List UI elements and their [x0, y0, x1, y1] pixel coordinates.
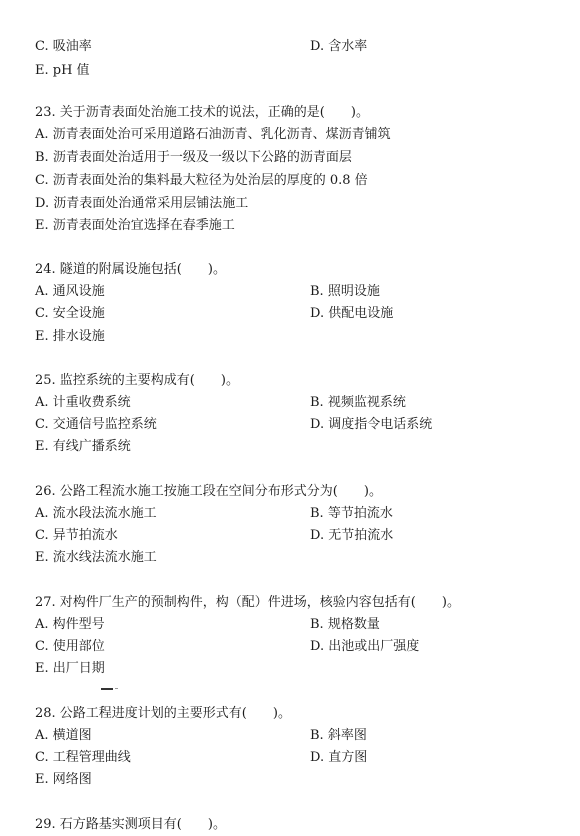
question-stem: 24. 隧道的附属设施包括( )。 — [35, 262, 226, 278]
answer-option: A. 沥青表面处治可采用道路石油沥青、乳化沥青、煤沥青铺筑 — [35, 127, 391, 143]
answer-option: C. 工程管理曲线 — [35, 750, 131, 766]
answer-option: C. 安全设施 — [35, 306, 105, 322]
answer-option: C. 使用部位 — [35, 639, 105, 655]
answer-option: C. 吸油率 — [35, 39, 92, 55]
question-stem: 27. 对构件厂生产的预制构件，构（配）件进场，核验内容包括有( )。 — [35, 595, 460, 611]
question-stem: 28. 公路工程进度计划的主要形式有( )。 — [35, 706, 291, 722]
answer-option: A. 流水段法流水施工 — [35, 506, 157, 522]
answer-option: C. 交通信号监控系统 — [35, 417, 157, 433]
question-stem: 29. 石方路基实测项目有( )。 — [35, 817, 226, 833]
answer-option: C. 沥青表面处治的集料最大粒径为处治层的厚度的 0.8 倍 — [35, 173, 368, 189]
stray-mark — [101, 688, 113, 690]
answer-option: A. 构件型号 — [35, 617, 105, 633]
answer-option: E. 网络图 — [35, 772, 92, 788]
question-stem: 26. 公路工程流水施工按施工段在空间分布形式分为( )。 — [35, 484, 382, 500]
question-stem: 25. 监控系统的主要构成有( )。 — [35, 373, 239, 389]
answer-option: E. 流水线法流水施工 — [35, 550, 157, 566]
answer-option: B. 等节拍流水 — [310, 506, 393, 522]
answer-option: B. 斜率图 — [310, 728, 367, 744]
answer-option: E. 有线广播系统 — [35, 439, 131, 455]
answer-option: E. 排水设施 — [35, 329, 105, 345]
answer-option: E. 出厂日期 — [35, 661, 105, 677]
answer-option: A. 横道图 — [35, 728, 92, 744]
answer-option: D. 沥青表面处治通常采用层铺法施工 — [35, 196, 248, 212]
answer-option: B. 照明设施 — [310, 284, 380, 300]
question-stem: 23. 关于沥青表面处治施工技术的说法，正确的是( )。 — [35, 105, 369, 121]
answer-option: B. 视频监视系统 — [310, 395, 406, 411]
answer-option: D. 直方图 — [310, 750, 367, 766]
stray-mark-dot — [115, 688, 118, 689]
answer-option: B. 规格数量 — [310, 617, 380, 633]
answer-option: A. 计重收费系统 — [35, 395, 131, 411]
answer-option: C. 异节拍流水 — [35, 528, 118, 544]
answer-option: B. 沥青表面处治适用于一级及一级以下公路的沥青面层 — [35, 150, 352, 166]
answer-option: A. 通风设施 — [35, 284, 105, 300]
answer-option: D. 供配电设施 — [310, 306, 393, 322]
answer-option: D. 出池或出厂强度 — [310, 639, 419, 655]
answer-option: D. 调度指令电话系统 — [310, 417, 432, 433]
answer-option: D. 无节拍流水 — [310, 528, 393, 544]
answer-option: E. pH 值 — [35, 63, 90, 79]
answer-option: D. 含水率 — [310, 39, 367, 55]
answer-option: E. 沥青表面处治宜选择在春季施工 — [35, 218, 235, 234]
